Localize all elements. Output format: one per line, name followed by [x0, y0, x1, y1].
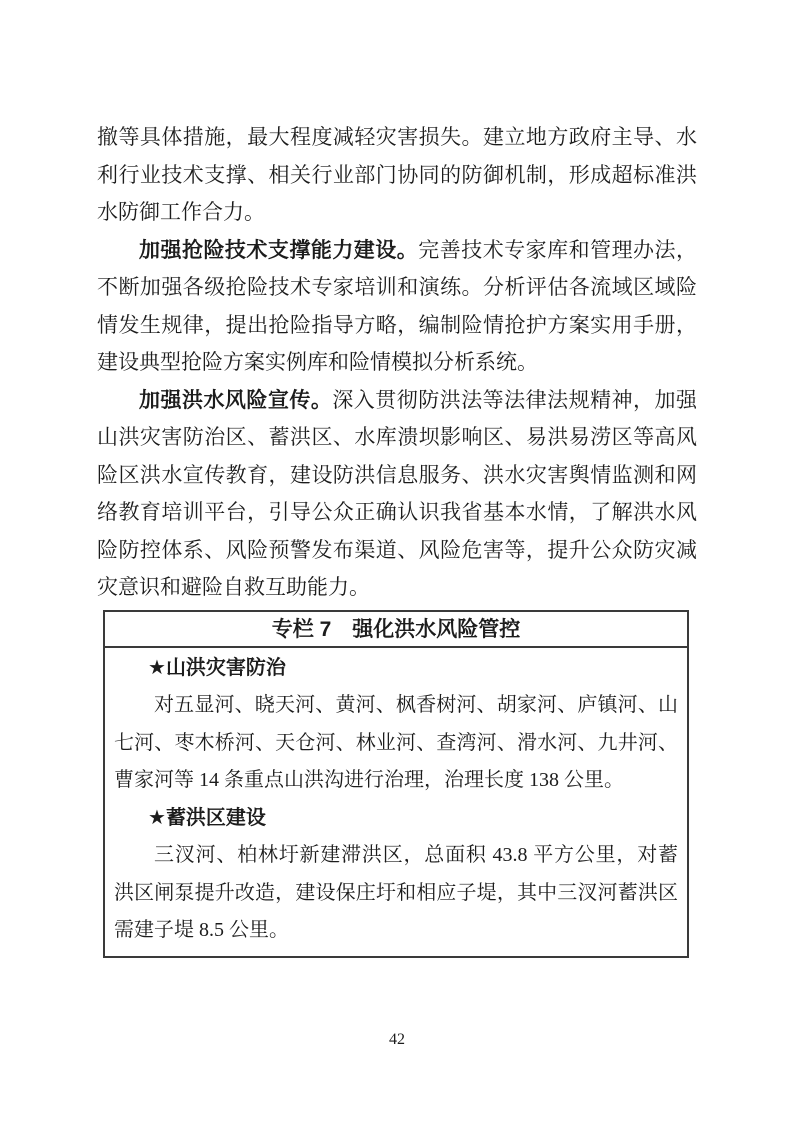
section-body-mountain-flood: 对五显河、晓天河、黄河、枫香树河、胡家河、庐镇河、山七河、枣木桥河、天仓河、林业…	[114, 687, 678, 800]
page-number: 42	[0, 1029, 794, 1051]
paragraph-bold-lead: 加强抢险技术支撑能力建设。	[139, 239, 418, 262]
section-heading-text: 蓄洪区建设	[166, 807, 266, 829]
paragraph-flood-risk-publicity: 加强洪水风险宣传。深入贯彻防洪法等法律法规精神，加强山洪灾害防治区、蓄洪区、水库…	[97, 382, 697, 607]
document-page: 撤等具体措施，最大程度减轻灾害损失。建立地方政府主导、水利行业技术支撑、相关行业…	[0, 0, 794, 1122]
paragraph-text: 撤等具体措施，最大程度减轻灾害损失。建立地方政府主导、水利行业技术支撑、相关行业…	[97, 125, 697, 224]
callout-box-column-7: 专栏 7 强化洪水风险管控 ★山洪灾害防治 对五显河、晓天河、黄河、枫香树河、胡…	[103, 610, 689, 958]
callout-box-body: ★山洪灾害防治 对五显河、晓天河、黄河、枫香树河、胡家河、庐镇河、山七河、枣木桥…	[105, 648, 687, 956]
page-body-text: 撤等具体措施，最大程度减轻灾害损失。建立地方政府主导、水利行业技术支撑、相关行业…	[97, 119, 697, 958]
section-body-flood-storage: 三汊河、柏林圩新建滞洪区，总面积 43.8 平方公里，对蓄洪区闸泵提升改造，建设…	[114, 837, 678, 950]
star-icon: ★	[148, 807, 166, 829]
section-heading-text: 山洪灾害防治	[166, 657, 286, 679]
star-icon: ★	[148, 657, 166, 679]
callout-box-title: 专栏 7 强化洪水风险管控	[105, 612, 687, 648]
paragraph-flood-defense: 撤等具体措施，最大程度减轻灾害损失。建立地方政府主导、水利行业技术支撑、相关行业…	[97, 119, 697, 232]
section-heading-mountain-flood: ★山洪灾害防治	[114, 650, 678, 688]
paragraph-bold-lead: 加强洪水风险宣传。	[139, 389, 332, 412]
paragraph-text: 深入贯彻防洪法等法律法规精神，加强山洪灾害防治区、蓄洪区、水库溃坝影响区、易洪易…	[97, 388, 697, 600]
section-heading-flood-storage: ★蓄洪区建设	[114, 800, 678, 838]
paragraph-rescue-tech-support: 加强抢险技术支撑能力建设。完善技术专家库和管理办法，不断加强各级抢险技术专家培训…	[97, 232, 697, 382]
